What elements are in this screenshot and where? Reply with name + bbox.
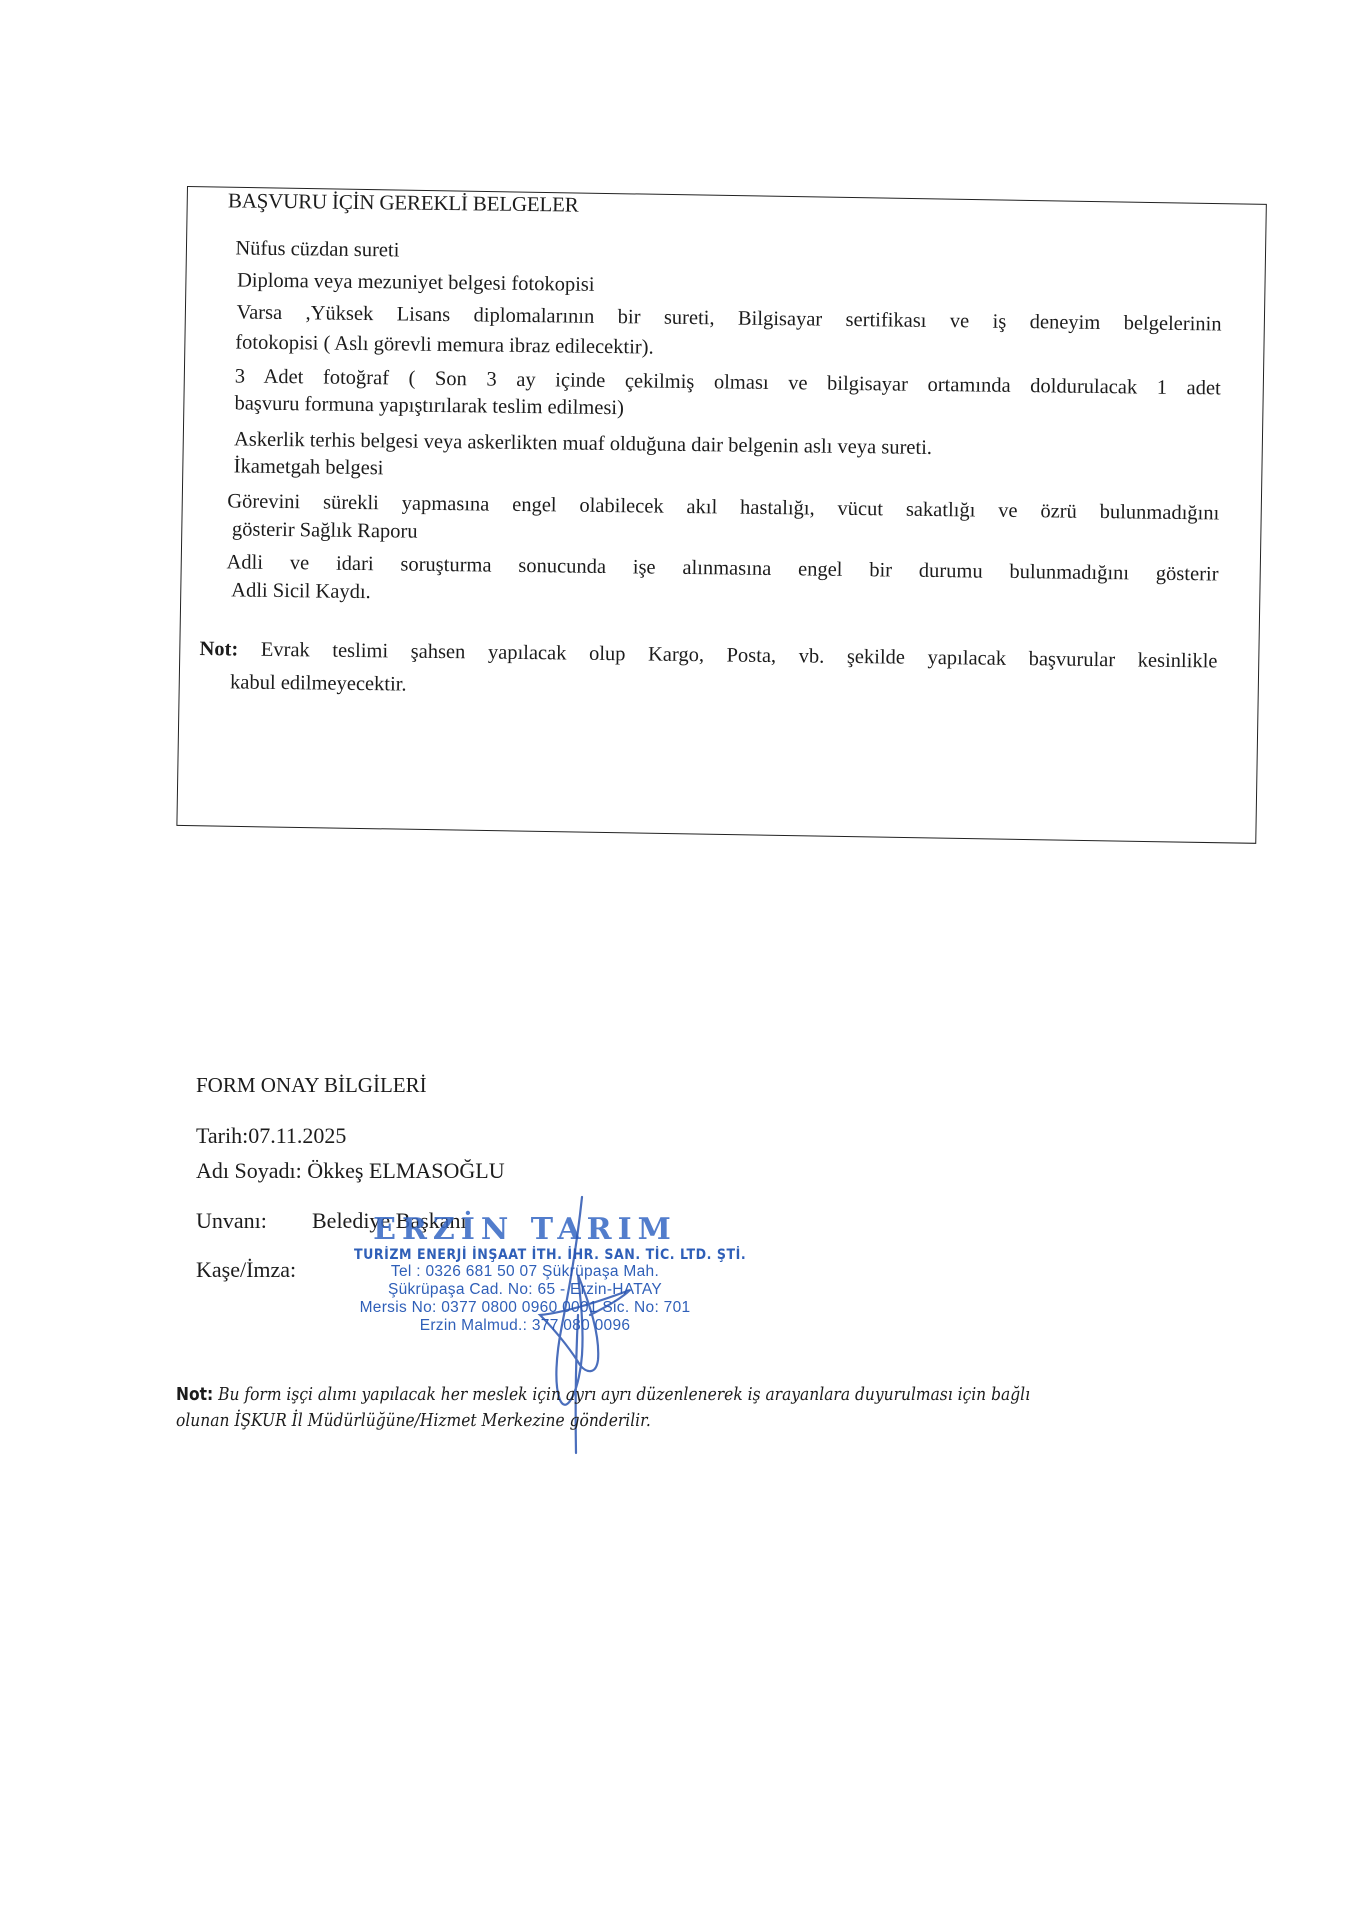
requirement-item-cont: fotokopisi ( Aslı görevli memura ibraz e… (235, 332, 654, 358)
date-value: 07.11.2025 (248, 1123, 346, 1148)
requirement-item: Adli ve idari soruşturma sonucunda işe a… (226, 552, 1218, 585)
requirements-note-cont: kabul edilmeyecektir. (230, 672, 407, 695)
note-text: Evrak teslimi şahsen yapılacak olup Karg… (261, 639, 1218, 673)
requirement-item: Diploma veya mezuniyet belgesi fotokopis… (237, 270, 595, 295)
stamp-label: Kaşe/İmza: (196, 1257, 296, 1283)
requirement-item: İkametgah belgesi (234, 456, 384, 478)
footer-note: Not: Bu form işçi alımı yapılacak her me… (176, 1384, 1030, 1405)
approval-heading: FORM ONAY BİLGİLERİ (196, 1073, 427, 1098)
requirement-item-cont: gösterir Sağlık Raporu (232, 519, 418, 542)
date-label: Tarih: (196, 1123, 248, 1148)
name-label: Adı Soyadı: (196, 1158, 302, 1183)
approval-date: Tarih:07.11.2025 (196, 1123, 346, 1149)
requirements-section: BAŞVURU İÇİN GEREKLİ BELGELER Nüfus cüzd… (0, 0, 1357, 914)
note-label: Not: (199, 638, 238, 660)
requirements-heading: BAŞVURU İÇİN GEREKLİ BELGELER (228, 188, 579, 217)
requirement-item: Nüfus cüzdan sureti (235, 238, 399, 261)
footer-note-text: Bu form işçi alımı yapılacak her meslek … (218, 1384, 1030, 1405)
name-value: Ökkeş ELMASOĞLU (307, 1158, 504, 1183)
requirement-item: Varsa ,Yüksek Lisans diplomalarının bir … (237, 302, 1222, 335)
requirement-item: Askerlik terhis belgesi veya askerlikten… (234, 429, 932, 458)
footer-note-label: Not: (176, 1384, 213, 1405)
requirements-note: Not: Evrak teslimi şahsen yapılacak olup… (199, 639, 1217, 672)
footer-note-cont: olunan İŞKUR İl Müdürlüğüne/Hizmet Merke… (176, 1410, 651, 1431)
title-label: Unvanı: (196, 1208, 267, 1234)
requirement-item-cont: Adli Sicil Kaydı. (231, 580, 371, 602)
requirement-item: Görevini sürekli yapmasına engel olabile… (227, 491, 1219, 524)
requirement-item-cont: başvuru formuna yapıştırılarak teslim ed… (234, 393, 624, 418)
approval-name: Adı Soyadı: Ökkeş ELMASOĞLU (196, 1158, 505, 1184)
